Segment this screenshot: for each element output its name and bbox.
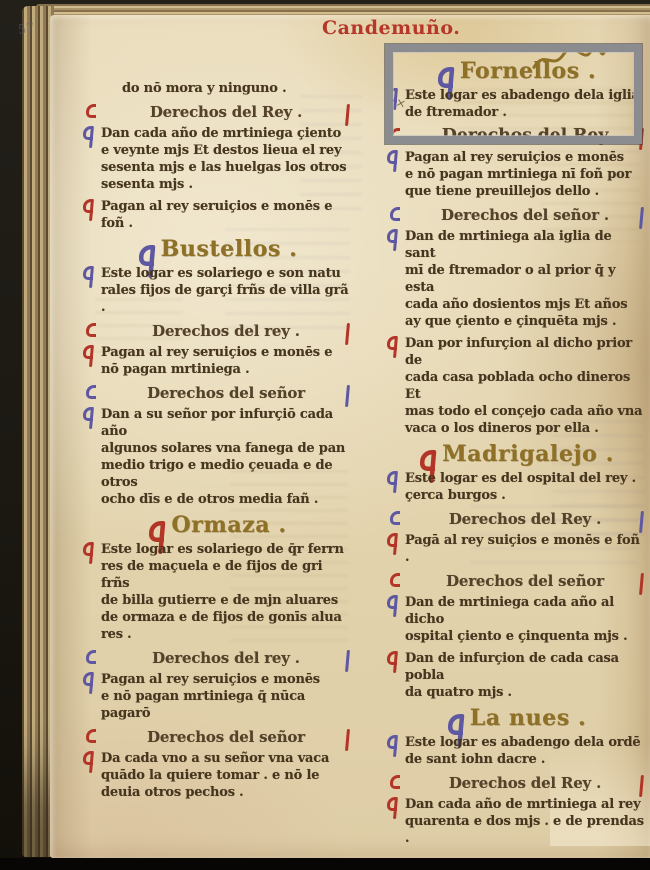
section-heading: Derechos del Rey . bbox=[86, 104, 350, 122]
heading-text: Derechos del rey . bbox=[152, 649, 300, 667]
section-heading: Derechos del rey . bbox=[86, 323, 350, 341]
entry-text: do nō mora y ninguno . bbox=[122, 81, 286, 96]
entry-paragraph: do nō mora y ninguno . bbox=[86, 80, 350, 97]
entry-paragraph: Este logar es solariego de q̄r ferrn res… bbox=[86, 541, 350, 643]
entry-paragraph: Pagan al rey seruiçios e monēs e nō paga… bbox=[86, 671, 350, 722]
pilcrow-mark bbox=[131, 387, 142, 403]
entry-text: Dan a su señor por infurçiō cada año alg… bbox=[101, 407, 345, 507]
pencil-folio-note: 57 bbox=[17, 21, 35, 38]
pilcrow-mark bbox=[83, 751, 94, 767]
pilcrow-mark bbox=[387, 595, 398, 611]
entry-text: Dan de infurçion de cada casa pobla da q… bbox=[405, 651, 619, 700]
heading-text: Derechos del Rey . bbox=[449, 774, 601, 792]
entry-paragraph: Este logar es solariego e son natu rales… bbox=[86, 265, 350, 316]
pilcrow-mark bbox=[83, 542, 94, 558]
entry-paragraph: Dan cada año de mrtiniega al rey quarent… bbox=[390, 796, 644, 847]
pilcrow-mark bbox=[134, 106, 145, 122]
section-heading: Derechos del rey . bbox=[86, 650, 350, 668]
pilcrow-mark bbox=[433, 513, 444, 529]
entry-text: Pagan al rey seruiçios e monēs e foñ . bbox=[101, 199, 332, 231]
entry-text: Dan cada año de mrtiniega çiento e veynt… bbox=[101, 126, 346, 192]
entry-paragraph: Dan de mrtiniega ala iglia de sant mī de… bbox=[390, 228, 644, 330]
photo-bottom-edge bbox=[0, 858, 650, 870]
heading-text: Derechos del Rey . bbox=[449, 510, 601, 528]
pilcrow-mark bbox=[83, 199, 94, 215]
pilcrow-mark bbox=[433, 777, 444, 793]
entry-paragraph: Da cada vno a su señor vna vaca quādo la… bbox=[86, 750, 350, 801]
highlight-box[interactable] bbox=[385, 44, 642, 144]
pilcrow-mark bbox=[387, 471, 398, 487]
pilcrow-mark bbox=[387, 797, 398, 813]
entry-text: Este logar es del ospital del rey . çerc… bbox=[405, 471, 636, 503]
pilcrow-mark bbox=[131, 731, 142, 747]
manuscript-photo: Candemuño. 57 × do nō mora y ninguno . D… bbox=[0, 0, 650, 870]
heading-text: Derechos del señor bbox=[446, 572, 604, 590]
pilcrow-mark bbox=[83, 672, 94, 688]
pilcrow-mark bbox=[136, 325, 147, 341]
entry-paragraph: Dan por infurçion al dicho prior de cada… bbox=[390, 335, 644, 437]
entry-text: Pagan al rey seruiçios e monēs e nō paga… bbox=[101, 345, 332, 377]
place-heading: La nues . bbox=[390, 710, 644, 730]
entry-text: Este logar es solariego e son natu rales… bbox=[101, 266, 348, 315]
entry-paragraph: Dan a su señor por infurçiō cada año alg… bbox=[86, 406, 350, 508]
pilcrow-mark bbox=[83, 266, 94, 282]
heading-text: Derechos del señor bbox=[147, 728, 305, 746]
section-heading: Derechos del señor bbox=[86, 729, 350, 747]
entry-text: Dan de mrtiniega ala iglia de sant mī de… bbox=[405, 229, 627, 329]
heading-text: Derechos del Rey . bbox=[150, 103, 302, 121]
heading-text: Derechos del señor . bbox=[441, 206, 609, 224]
section-heading: Derechos del señor bbox=[86, 385, 350, 403]
place-heading: Madrigalejo . bbox=[390, 446, 644, 466]
entry-paragraph: Pagan al rey seruiçios e monēs e foñ . bbox=[86, 198, 350, 232]
pilcrow-mark bbox=[387, 229, 398, 245]
place-name: Madrigalejo . bbox=[442, 441, 614, 467]
place-name: Bustellos . bbox=[161, 236, 298, 262]
entry-text: Pagan al rey seruiçios e monēs e nō paga… bbox=[405, 150, 631, 199]
section-heading: Derechos del Rey . bbox=[390, 775, 644, 793]
running-title: Candemuño. bbox=[322, 17, 460, 39]
entry-paragraph: Pagan al rey seruiçios e monēs e nō paga… bbox=[86, 344, 350, 378]
entry-paragraph: Este logar es abadengo dela ordē de sant… bbox=[390, 734, 644, 768]
entry-paragraph: Dan cada año de mrtiniega çiento e veynt… bbox=[86, 125, 350, 193]
pilcrow-mark bbox=[387, 150, 398, 166]
section-heading: Derechos del señor bbox=[390, 573, 644, 591]
pilcrow-mark bbox=[83, 407, 94, 423]
entry-text: Este logar es abadengo dela ordē de sant… bbox=[405, 735, 640, 767]
entry-paragraph: Pagā al rey suiçios e monēs e foñ . bbox=[390, 532, 644, 566]
section-heading: Derechos del señor . bbox=[390, 207, 644, 225]
entry-text: Dan de mrtiniega cada año al dicho ospit… bbox=[405, 595, 627, 644]
entry-paragraph: Este logar es del ospital del rey . çerc… bbox=[390, 470, 644, 504]
section-heading: Derechos del Rey . bbox=[390, 511, 644, 529]
pilcrow-mark bbox=[387, 735, 398, 751]
pilcrow-mark bbox=[387, 651, 398, 667]
pilcrow-mark bbox=[387, 533, 398, 549]
heading-text: Derechos del rey . bbox=[152, 322, 300, 340]
entry-text: Pagan al rey seruiçios e monēs e nō paga… bbox=[101, 672, 320, 721]
entry-text: Da cada vno a su señor vna vaca quādo la… bbox=[101, 751, 329, 800]
pilcrow-mark bbox=[83, 345, 94, 361]
entry-text: Este logar es solariego de q̄r ferrn res… bbox=[101, 542, 344, 642]
manuscript-column-right: Fornellos . Este logar es abadengo dela … bbox=[390, 54, 644, 852]
pilcrow-mark bbox=[425, 209, 436, 225]
pilcrow-mark bbox=[387, 336, 398, 352]
entry-text: Dan cada año de mrtiniega al rey quarent… bbox=[405, 797, 644, 846]
entry-paragraph: Dan de infurçion de cada casa pobla da q… bbox=[390, 650, 644, 701]
pilcrow-mark bbox=[83, 126, 94, 142]
place-name: Ormaza . bbox=[171, 512, 286, 538]
manuscript-column-left: do nō mora y ninguno . Derechos del Rey … bbox=[86, 80, 350, 806]
entry-paragraph: Dan de mrtiniega cada año al dicho ospit… bbox=[390, 594, 644, 645]
place-heading: Bustellos . bbox=[86, 241, 350, 261]
place-name: La nues . bbox=[470, 705, 586, 731]
pilcrow-mark bbox=[136, 652, 147, 668]
entry-text: Pagā al rey suiçios e monēs e foñ . bbox=[405, 533, 640, 565]
entry-text: Dan por infurçion al dicho prior de cada… bbox=[405, 336, 642, 436]
place-heading: Ormaza . bbox=[86, 517, 350, 537]
entry-paragraph: Pagan al rey seruiçios e monēs e nō paga… bbox=[390, 149, 644, 200]
pilcrow-mark bbox=[430, 575, 441, 591]
heading-text: Derechos del señor bbox=[147, 384, 305, 402]
